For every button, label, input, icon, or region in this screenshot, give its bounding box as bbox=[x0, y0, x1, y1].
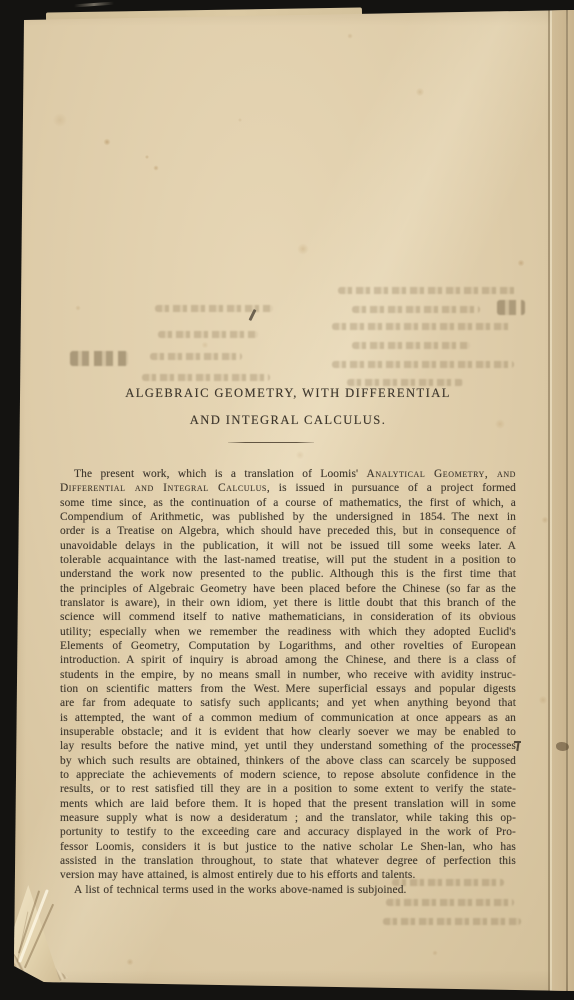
crease-line bbox=[24, 904, 54, 969]
text-line: Compendium of Arithmetic, was published … bbox=[60, 510, 516, 524]
text-segment: some time since, as the continuation of … bbox=[60, 497, 516, 509]
text-line: ments which are laid before them. It is … bbox=[60, 797, 516, 811]
book-page: ALGEBRAIC GEOMETRY, WITH DIFFERENTIAL AN… bbox=[0, 0, 574, 1000]
page-fold-edge bbox=[548, 0, 574, 1000]
crease-line bbox=[18, 890, 40, 953]
crease-line bbox=[17, 911, 29, 962]
text-line: order is a Treatise on Algebra, which sh… bbox=[60, 524, 516, 538]
text-line: lay results before the native mind, yet … bbox=[60, 739, 516, 753]
title-divider-rule bbox=[228, 442, 314, 443]
text-segment: The present work, which is a translation… bbox=[74, 468, 367, 480]
text-segment: measure supply what is now a desideratum… bbox=[60, 812, 516, 824]
ghost-text-line bbox=[150, 353, 242, 360]
text-segment: , is issued in pursuance of a project fo… bbox=[267, 482, 516, 494]
corner-crease-shading bbox=[8, 937, 68, 989]
ghost-text-block bbox=[497, 300, 525, 315]
text-segment: fessor Loomis, considers it is but justi… bbox=[60, 841, 516, 853]
text-line: students in the empire, by no means smal… bbox=[60, 668, 516, 682]
text-segment: lay results before the native mind, yet … bbox=[60, 740, 516, 752]
text-line: insuperable obstacle; and it is evident … bbox=[60, 725, 516, 739]
text-segment: the principles of Algebraic Geometry hav… bbox=[60, 583, 516, 595]
text-segment: ments which are laid before them. It is … bbox=[60, 798, 516, 810]
ghost-text-line bbox=[352, 306, 480, 313]
ghost-text-line bbox=[352, 342, 470, 349]
ghost-text-line bbox=[332, 361, 514, 368]
text-line: tion on scientific matters from the West… bbox=[60, 682, 516, 696]
scanned-book-photo: ALGEBRAIC GEOMETRY, WITH DIFFERENTIAL AN… bbox=[0, 0, 574, 1000]
text-line: by which such results are obtained, thin… bbox=[60, 754, 516, 768]
text-segment: is attempted, the want of a common mediu… bbox=[60, 712, 516, 724]
crease-highlight bbox=[18, 889, 49, 963]
text-segment: insuperable obstacle; and it is evident … bbox=[60, 726, 516, 738]
text-line: A list of technical terms used in the wo… bbox=[60, 883, 516, 897]
ghost-text-line bbox=[347, 379, 463, 386]
text-segment: portunity to testify to the exceeding ca… bbox=[60, 826, 516, 838]
text-line: science will commend itself to native ma… bbox=[60, 610, 516, 624]
text-segment: to appreciate the achievements of modern… bbox=[60, 769, 516, 781]
ghost-text-block bbox=[70, 351, 128, 366]
text-segment: results, or to rest satisfied till they … bbox=[60, 783, 516, 795]
page-title-line-1: ALGEBRAIC GEOMETRY, WITH DIFFERENTIAL bbox=[60, 386, 516, 401]
text-line: tolerable acquaintance with the last-nam… bbox=[60, 553, 516, 567]
corner-fold bbox=[8, 885, 86, 989]
small-caps-text: Differential and Integral Calculus bbox=[60, 482, 267, 494]
text-segment: translator is aware), in their own idiom… bbox=[60, 597, 516, 609]
text-line: Differential and Integral Calculus, is i… bbox=[60, 481, 516, 495]
ghost-text-line bbox=[158, 331, 258, 338]
text-line: unavoidable delays in the publication, i… bbox=[60, 539, 516, 553]
ghost-text-line bbox=[338, 287, 516, 294]
small-caps-text: Analytical Geometry, and bbox=[367, 468, 516, 480]
ghost-text-line bbox=[383, 918, 521, 925]
text-segment: assisted in the translation throughout, … bbox=[60, 855, 516, 867]
text-line: version may have attained, is almost ent… bbox=[60, 868, 516, 882]
text-segment: students in the empire, by no means smal… bbox=[60, 669, 516, 681]
text-segment: Compendium of Arithmetic, was published … bbox=[60, 511, 516, 523]
text-line: The present work, which is a translation… bbox=[60, 467, 516, 481]
text-segment: are far from adequate to satisfy such ap… bbox=[60, 697, 516, 709]
text-line: some time since, as the continuation of … bbox=[60, 496, 516, 510]
text-segment: version may have attained, is almost ent… bbox=[60, 869, 415, 881]
text-segment: unavoidable delays in the publication, i… bbox=[60, 540, 516, 552]
text-line: understand the work now presented to the… bbox=[60, 567, 516, 581]
text-segment: science will commend itself to native ma… bbox=[60, 611, 516, 623]
ink-flaw-mark bbox=[249, 309, 257, 321]
edge-stain-mark bbox=[556, 742, 569, 751]
dog-eared-corner bbox=[8, 885, 86, 989]
text-line: introduction. A spirit of inquiry is abr… bbox=[60, 653, 516, 667]
ghost-text-line bbox=[332, 323, 512, 330]
scratch-mark bbox=[74, 2, 114, 8]
text-segment: utility; especially when we remember the… bbox=[60, 626, 516, 638]
body-text: The present work, which is a translation… bbox=[60, 467, 516, 897]
text-line: utility; especially when we remember the… bbox=[60, 625, 516, 639]
text-segment: tion on scientific matters from the West… bbox=[60, 683, 516, 695]
page-title-line-2: AND INTEGRAL CALCULUS. bbox=[60, 413, 516, 428]
text-segment: A list of technical terms used in the wo… bbox=[74, 884, 407, 896]
text-line: Elements of Geometry, Computation by Log… bbox=[60, 639, 516, 653]
ghost-text-line bbox=[386, 899, 514, 906]
text-segment: order is a Treatise on Algebra, which sh… bbox=[60, 525, 516, 537]
text-line: measure supply what is now a desideratum… bbox=[60, 811, 516, 825]
text-segment: understand the work now presented to the… bbox=[60, 568, 516, 580]
text-line: translator is aware), in their own idiom… bbox=[60, 596, 516, 610]
text-segment: by which such results are obtained, thin… bbox=[60, 755, 516, 767]
text-line: portunity to testify to the exceeding ca… bbox=[60, 825, 516, 839]
text-line: to appreciate the achievements of modern… bbox=[60, 768, 516, 782]
text-segment: Elements of Geometry, Computation by Log… bbox=[60, 640, 516, 652]
text-line: the principles of Algebraic Geometry hav… bbox=[60, 582, 516, 596]
text-line: results, or to rest satisfied till they … bbox=[60, 782, 516, 796]
text-segment: tolerable acquaintance with the last-nam… bbox=[60, 554, 516, 566]
text-line: fessor Loomis, considers it is but justi… bbox=[60, 840, 516, 854]
text-line: are far from adequate to satisfy such ap… bbox=[60, 696, 516, 710]
text-segment: introduction. A spirit of inquiry is abr… bbox=[60, 654, 516, 666]
ghost-text-line bbox=[142, 374, 270, 381]
text-line: is attempted, the want of a common mediu… bbox=[60, 711, 516, 725]
text-line: assisted in the translation throughout, … bbox=[60, 854, 516, 868]
